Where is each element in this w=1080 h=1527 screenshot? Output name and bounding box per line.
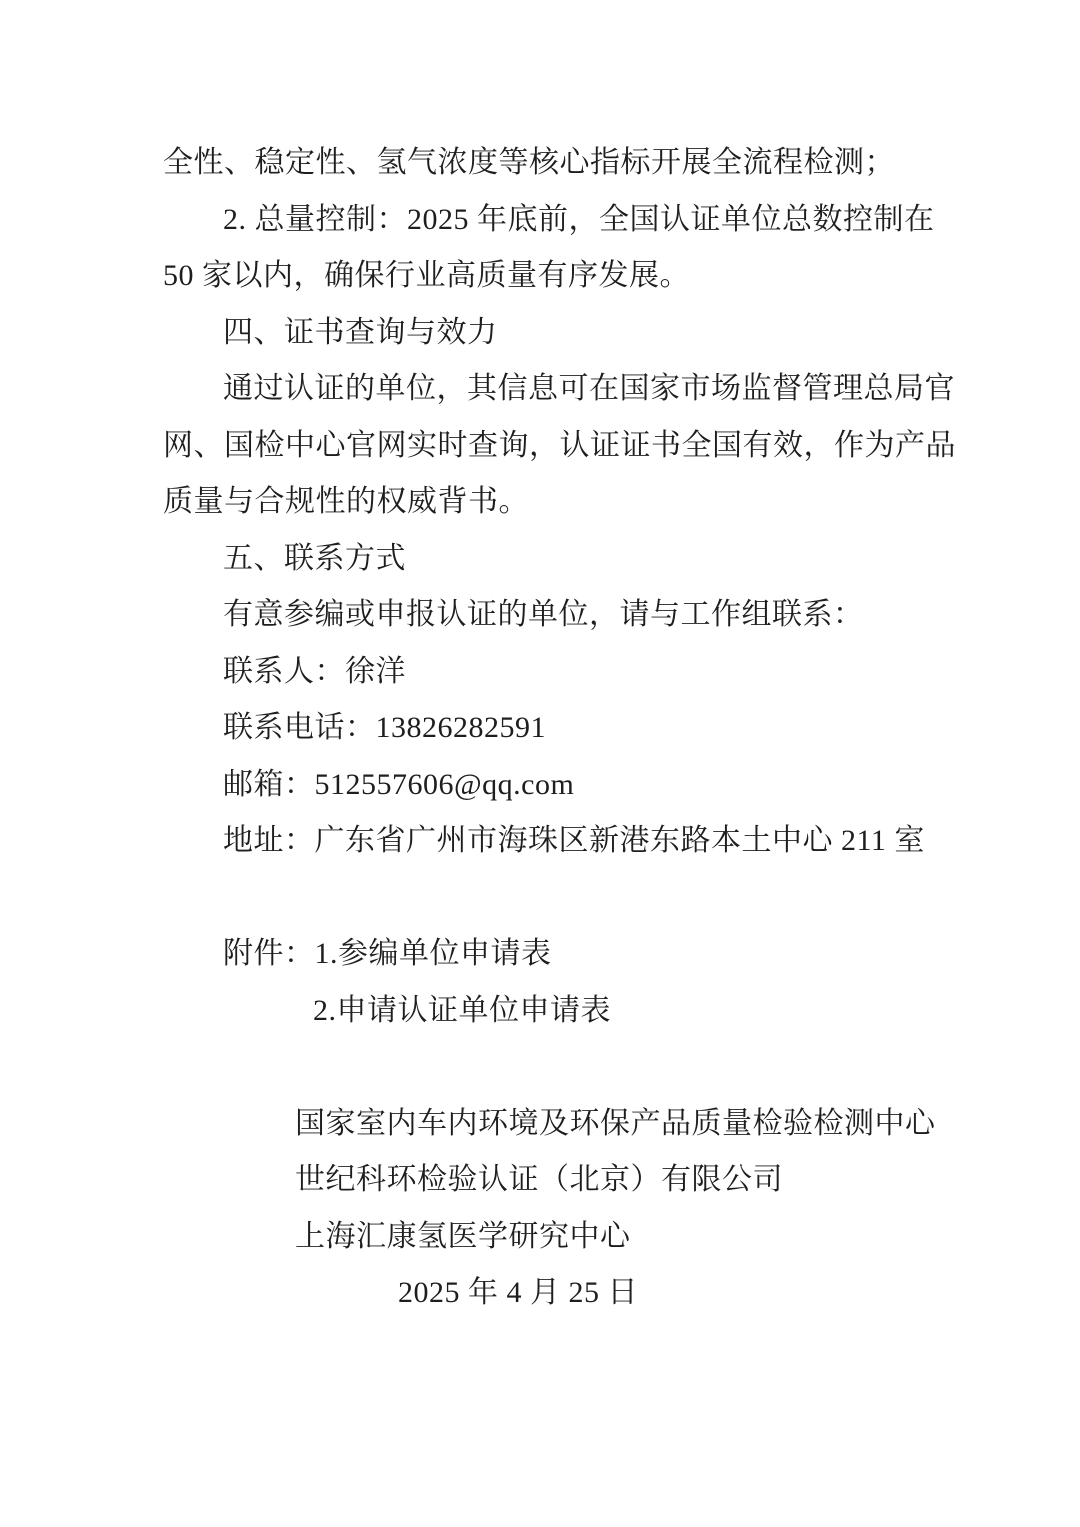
section4-line-2: 网、国检中心官网实时查询，认证证书全国有效，作为产品	[163, 418, 917, 475]
blank-line	[163, 1039, 917, 1096]
section4-heading: 四、证书查询与效力	[163, 305, 917, 362]
contact-person-line: 联系人：徐洋	[163, 644, 917, 701]
contact-address-line: 地址：广东省广州市海珠区新港东路本土中心 211 室	[163, 813, 917, 870]
signature-date: 2025 年 4 月 25 日	[163, 1265, 917, 1322]
blank-line	[163, 870, 917, 927]
section4-line-3: 质量与合规性的权威背书。	[163, 474, 917, 531]
contact-email-line: 邮箱：512557606@qq.com	[163, 757, 917, 814]
section4-line-1: 通过认证的单位，其信息可在国家市场监督管理总局官	[163, 361, 917, 418]
section5-heading: 五、联系方式	[163, 531, 917, 588]
body-runover-line: 全性、稳定性、氢气浓度等核心指标开展全流程检测；	[163, 135, 917, 192]
section5-intro-line: 有意参编或申报认证的单位，请与工作组联系：	[163, 587, 917, 644]
document-page: 全性、稳定性、氢气浓度等核心指标开展全流程检测； 2. 总量控制：2025 年底…	[0, 0, 1080, 1527]
signature-org-2: 世纪科环检验认证（北京）有限公司	[163, 1152, 917, 1209]
attachment-line-2: 2.申请认证单位申请表	[163, 983, 917, 1040]
item2-line-1: 2. 总量控制：2025 年底前，全国认证单位总数控制在	[163, 192, 917, 249]
attachment-line-1: 附件：1.参编单位申请表	[163, 926, 917, 983]
item2-line-2: 50 家以内，确保行业高质量有序发展。	[163, 248, 917, 305]
contact-phone-line: 联系电话：13826282591	[163, 700, 917, 757]
signature-org-1: 国家室内车内环境及环保产品质量检验检测中心	[163, 1096, 917, 1153]
signature-org-3: 上海汇康氢医学研究中心	[163, 1209, 917, 1266]
